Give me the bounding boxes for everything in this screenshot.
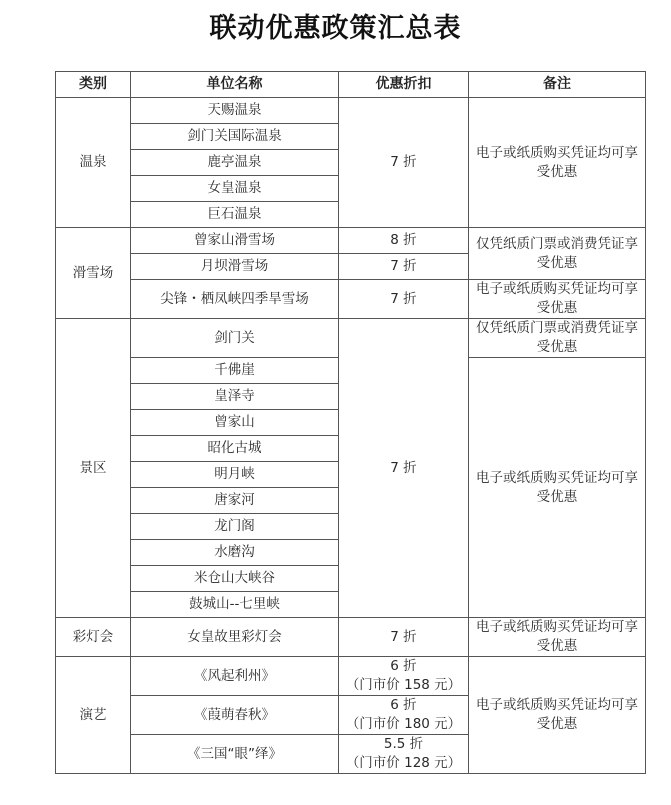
header-note: 备注 [469, 72, 646, 98]
discount-cell: 8 折 [339, 228, 469, 254]
table-row: 温泉 天赐温泉 7 折 电子或纸质购买凭证均可享受优惠 [56, 98, 646, 124]
discount-cell: 6 折 （门市价 158 元） [339, 657, 469, 696]
discount-policy-table: 类别 单位名称 优惠折扣 备注 温泉 天赐温泉 7 折 电子或纸质购买凭证均可享… [55, 71, 646, 774]
page-title: 联动优惠政策汇总表 [0, 6, 671, 45]
discount-cell: 6 折 （门市价 180 元） [339, 696, 469, 735]
header-discount: 优惠折扣 [339, 72, 469, 98]
list-price: （门市价 128 元） [343, 754, 464, 773]
category-cell: 景区 [56, 319, 131, 618]
unit-cell: 曾家山 [131, 410, 339, 436]
discount-cell: 7 折 [339, 254, 469, 280]
unit-cell: 皇泽寺 [131, 384, 339, 410]
unit-cell: 昭化古城 [131, 436, 339, 462]
table-header-row: 类别 单位名称 优惠折扣 备注 [56, 72, 646, 98]
header-unit-name: 单位名称 [131, 72, 339, 98]
unit-cell: 女皇故里彩灯会 [131, 618, 339, 657]
unit-cell: 《风起利州》 [131, 657, 339, 696]
note-cell: 仅凭纸质门票或消费凭证享受优惠 [469, 228, 646, 280]
category-cell: 滑雪场 [56, 228, 131, 319]
header-category: 类别 [56, 72, 131, 98]
discount-cell: 7 折 [339, 319, 469, 618]
note-cell: 电子或纸质购买凭证均可享受优惠 [469, 98, 646, 228]
unit-cell: 《三国“眼”绎》 [131, 735, 339, 774]
unit-cell: 女皇温泉 [131, 176, 339, 202]
unit-cell: 明月峡 [131, 462, 339, 488]
unit-cell: 巨石温泉 [131, 202, 339, 228]
discount-value: 6 折 [343, 657, 464, 676]
unit-cell: 月坝滑雪场 [131, 254, 339, 280]
unit-cell: 千佛崖 [131, 358, 339, 384]
unit-cell: 鹿亭温泉 [131, 150, 339, 176]
unit-cell: 《葭萌春秋》 [131, 696, 339, 735]
discount-cell: 7 折 [339, 618, 469, 657]
discount-value: 5.5 折 [343, 735, 464, 754]
category-cell: 彩灯会 [56, 618, 131, 657]
unit-cell: 水磨沟 [131, 540, 339, 566]
discount-cell: 7 折 [339, 98, 469, 228]
unit-cell: 龙门阁 [131, 514, 339, 540]
unit-cell: 鼓城山--七里峡 [131, 592, 339, 618]
note-cell: 仅凭纸质门票或消费凭证享受优惠 [469, 319, 646, 358]
note-cell: 电子或纸质购买凭证均可享受优惠 [469, 657, 646, 774]
table-row: 滑雪场 曾家山滑雪场 8 折 仅凭纸质门票或消费凭证享受优惠 [56, 228, 646, 254]
unit-cell: 剑门关 [131, 319, 339, 358]
discount-cell: 7 折 [339, 280, 469, 319]
table-row: 彩灯会 女皇故里彩灯会 7 折 电子或纸质购买凭证均可享受优惠 [56, 618, 646, 657]
unit-cell: 曾家山滑雪场 [131, 228, 339, 254]
list-price: （门市价 180 元） [343, 715, 464, 734]
category-cell: 温泉 [56, 98, 131, 228]
list-price: （门市价 158 元） [343, 676, 464, 695]
table-row: 演艺 《风起利州》 6 折 （门市价 158 元） 电子或纸质购买凭证均可享受优… [56, 657, 646, 696]
note-cell: 电子或纸质购买凭证均可享受优惠 [469, 618, 646, 657]
table-row: 景区 剑门关 7 折 仅凭纸质门票或消费凭证享受优惠 [56, 319, 646, 358]
unit-cell: 剑门关国际温泉 [131, 124, 339, 150]
unit-cell: 唐家河 [131, 488, 339, 514]
unit-cell: 天赐温泉 [131, 98, 339, 124]
unit-cell: 尖锋・栖凤峡四季旱雪场 [131, 280, 339, 319]
table-row: 尖锋・栖凤峡四季旱雪场 7 折 电子或纸质购买凭证均可享受优惠 [56, 280, 646, 319]
unit-cell: 米仓山大峡谷 [131, 566, 339, 592]
note-cell: 电子或纸质购买凭证均可享受优惠 [469, 280, 646, 319]
category-cell: 演艺 [56, 657, 131, 774]
note-cell: 电子或纸质购买凭证均可享受优惠 [469, 358, 646, 618]
discount-cell: 5.5 折 （门市价 128 元） [339, 735, 469, 774]
discount-value: 6 折 [343, 696, 464, 715]
